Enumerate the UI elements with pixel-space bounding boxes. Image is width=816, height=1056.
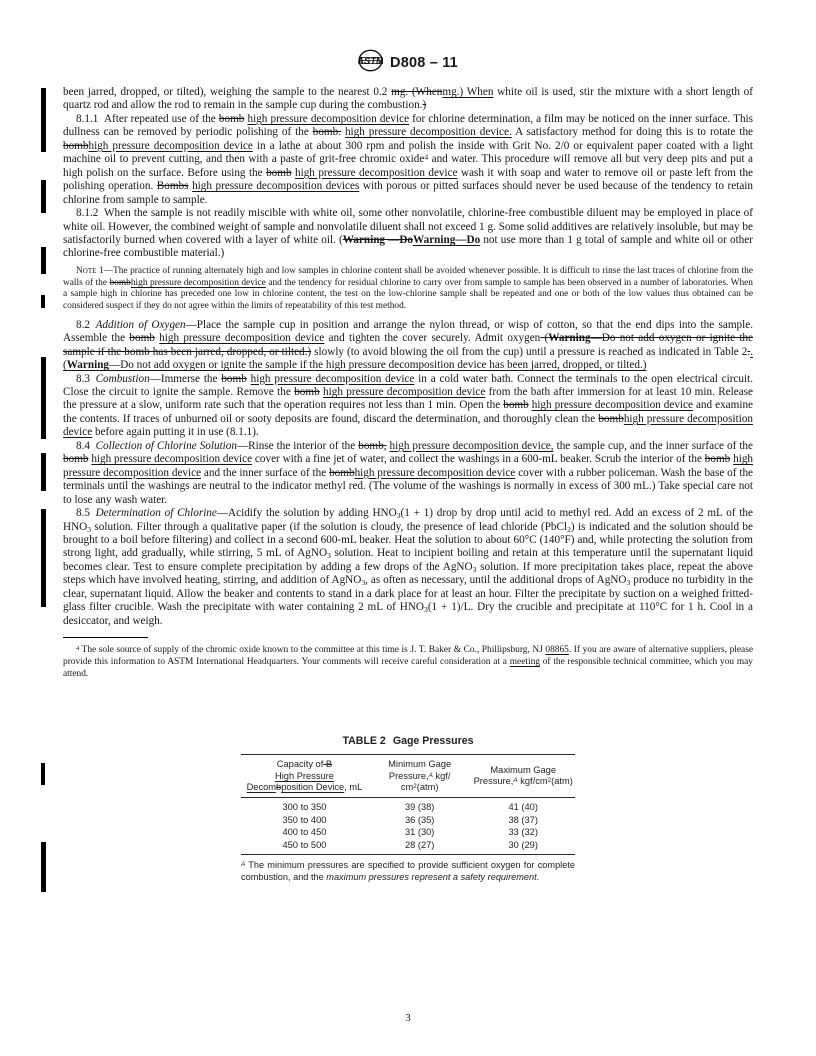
document-body: been jarred, dropped, or tilted), weighi… <box>63 86 753 628</box>
paragraph: 8.2 Addition of Oxygen—Place the sample … <box>63 319 753 373</box>
change-bar <box>41 180 46 213</box>
table-row: 450 to 50028 (27)30 (29) <box>241 839 575 855</box>
paragraph: 8.1.1 After repeated use of the bomb hig… <box>63 113 753 207</box>
paragraph: been jarred, dropped, or tilted), weighi… <box>63 86 753 113</box>
table-number: TABLE 2 <box>342 735 385 747</box>
paragraph: 8.4 Collection of Chlorine Solution—Rins… <box>63 440 753 507</box>
footnote-text: 4 The sole source of supply of the chrom… <box>63 645 753 679</box>
paragraph: 8.3 Combustion—Immerse the bomb high pre… <box>63 373 753 440</box>
change-bar <box>41 763 45 785</box>
paragraph: Note 1—The practice of running alternate… <box>63 266 753 313</box>
change-bar <box>41 88 46 152</box>
astm-logo-icon: ASTM <box>358 48 383 78</box>
gage-pressures-table: Capacity of BHigh PressureDecombposition… <box>241 754 575 855</box>
paragraph: 8.5 Determination of Chlorine—Acidify th… <box>63 507 753 628</box>
change-bar <box>41 453 46 491</box>
gage-pressures-table-section: TABLE 2Gage Pressures Capacity of BHigh … <box>241 735 575 884</box>
table-footnote: A The minimum pressures are specified to… <box>241 860 575 883</box>
change-bar <box>41 295 45 308</box>
table-row: 400 to 45031 (30)33 (32) <box>241 826 575 839</box>
doc-code: D808 – 11 <box>390 55 458 71</box>
document-page: ASTM D808 – 11 been jarred, dropped, or … <box>0 0 816 1056</box>
page-number: 3 <box>0 1012 816 1024</box>
change-bar <box>41 509 46 607</box>
footnote-separator <box>63 637 148 638</box>
table-title: TABLE 2Gage Pressures <box>241 735 575 748</box>
table-head: Capacity of BHigh PressureDecombposition… <box>241 755 575 798</box>
change-bar <box>41 247 46 274</box>
change-bar <box>41 357 46 439</box>
page-header: ASTM D808 – 11 <box>0 48 816 78</box>
document-content: been jarred, dropped, or tilted), weighi… <box>63 86 753 883</box>
table-header-min-pressure: Minimum GagePressure,A kgf/cm2(atm) <box>368 755 472 798</box>
paragraph: 8.1.2 When the sample is not readily mis… <box>63 207 753 261</box>
table-header-max-pressure: Maximum GagePressure,A kgf/cm2(atm) <box>471 755 575 798</box>
table-caption: Gage Pressures <box>393 735 474 747</box>
change-bar <box>41 842 46 892</box>
table-row: 300 to 35039 (38)41 (40) <box>241 797 575 813</box>
svg-text:ASTM: ASTM <box>358 56 383 67</box>
table-row: 350 to 40036 (35)38 (37) <box>241 814 575 827</box>
table-header-capacity: Capacity of BHigh PressureDecombposition… <box>241 755 368 798</box>
table-body: 300 to 35039 (38)41 (40)350 to 40036 (35… <box>241 797 575 854</box>
footnote: 4 The sole source of supply of the chrom… <box>63 645 753 681</box>
